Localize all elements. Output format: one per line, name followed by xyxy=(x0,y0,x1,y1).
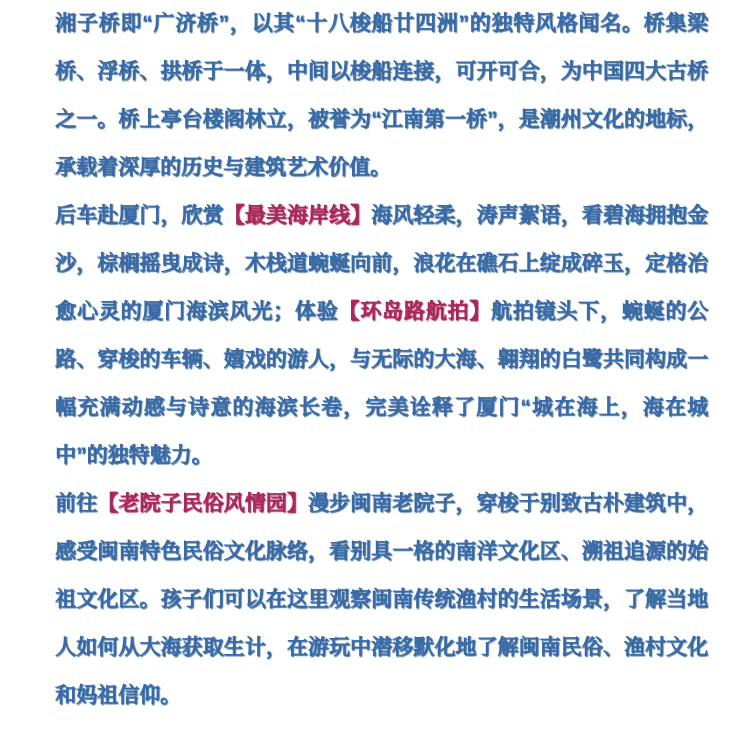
document-page: 湘子桥即“广济桥”，以其“十八梭船廿四洲”的独特风格闻名。桥集梁桥、浮桥、拱桥于… xyxy=(0,0,750,732)
body-text-segment: 湘子桥即“广济桥”，以其“十八梭船廿四洲”的独特风格闻名。桥集梁桥、浮桥、拱桥于… xyxy=(55,12,708,179)
highlighted-attraction-name: 【最美海岸线】 xyxy=(224,204,371,227)
body-text-segment: 前往 xyxy=(55,492,97,515)
paragraph: 湘子桥即“广济桥”，以其“十八梭船廿四洲”的独特风格闻名。桥集梁桥、浮桥、拱桥于… xyxy=(55,0,708,192)
article-text: 湘子桥即“广济桥”，以其“十八梭船廿四洲”的独特风格闻名。桥集梁桥、浮桥、拱桥于… xyxy=(0,0,750,720)
paragraph: 前往【老院子民俗风情园】漫步闽南老院子，穿梭于别致古朴建筑中，感受闽南特色民俗文… xyxy=(55,480,708,720)
highlighted-attraction-name: 【环岛路航拍】 xyxy=(338,300,491,323)
body-text-segment: 航拍镜头下，蜿蜒的公路、穿梭的车辆、嬉戏的游人，与无际的大海、翱翔的白鹭共同构成… xyxy=(55,300,708,467)
body-text-segment: 后车赴厦门，欣赏 xyxy=(55,204,224,227)
paragraph: 后车赴厦门，欣赏【最美海岸线】海风轻柔，涛声絮语，看碧海拥抱金沙，棕榈摇曳成诗，… xyxy=(55,192,708,480)
highlighted-attraction-name: 【老院子民俗风情园】 xyxy=(97,492,308,515)
body-text-segment: 漫步闽南老院子，穿梭于别致古朴建筑中，感受闽南特色民俗文化脉络，看别具一格的南洋… xyxy=(55,492,708,707)
